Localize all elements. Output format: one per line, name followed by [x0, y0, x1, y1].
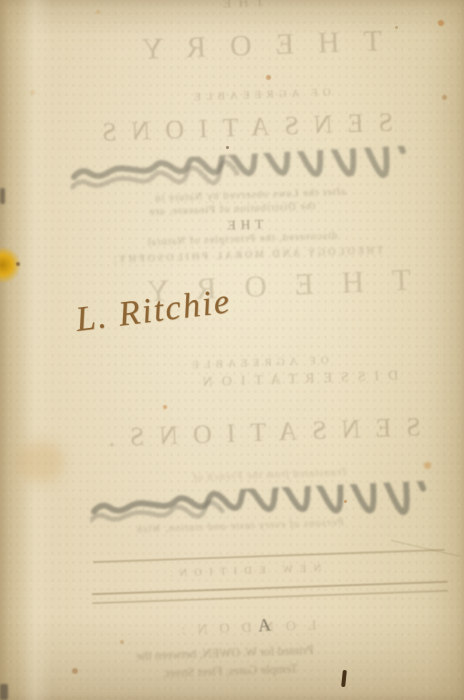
foxing-spot	[424, 462, 431, 469]
foxing-spot	[344, 500, 347, 503]
foxing-spot	[96, 10, 100, 14]
showthrough-half-title-the: THE	[20, 0, 460, 20]
gathering-signature-mark: A	[257, 614, 272, 636]
foxing-spot	[72, 668, 78, 674]
foxing-blotch	[18, 441, 64, 483]
foxing-spot	[16, 262, 20, 266]
showthrough-half-title-sensations: SENSATIONS	[12, 105, 464, 151]
book-page-photo: THE THEORY OF AGREEABLE SENSATIONS after…	[0, 0, 464, 700]
paper-crease-line	[391, 540, 461, 557]
foxing-spot	[442, 95, 447, 100]
showthrough-rule-double	[92, 581, 448, 604]
foxing-spot	[266, 75, 271, 80]
showthrough-title-sensations: SENSATIONS.	[25, 410, 464, 456]
showthrough-half-title-theory: THEORY	[38, 22, 463, 71]
ink-blot-mark	[341, 670, 347, 687]
foxing-spot	[30, 90, 35, 95]
foxing-spot	[226, 146, 229, 149]
foxing-spot	[163, 405, 167, 409]
showthrough-half-title-of-agreeable: OF AGREEABLE	[40, 81, 464, 108]
foxing-spot	[395, 26, 398, 29]
showthrough-new-edition: NEW EDITION.	[10, 557, 464, 585]
corner-dark-fleck	[0, 684, 8, 700]
edge-dark-fleck	[0, 188, 5, 204]
foxing-spot	[120, 640, 124, 644]
foxing-spot	[438, 20, 444, 26]
